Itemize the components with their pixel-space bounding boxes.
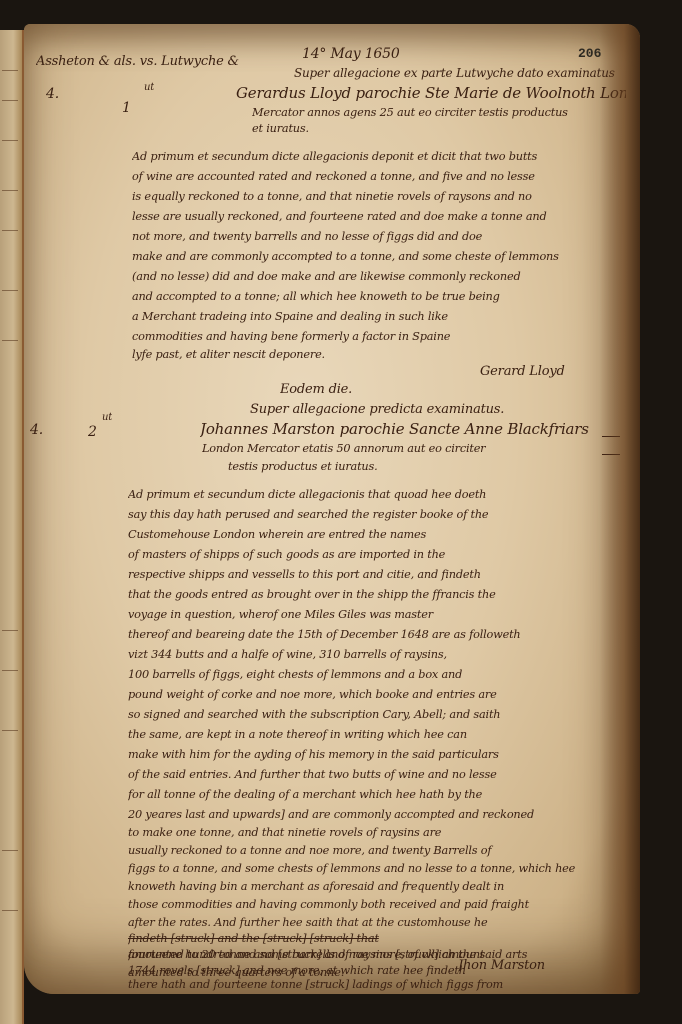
- witness-description-line: et iuratus.: [252, 118, 309, 140]
- witness-description-line: testis productus et iuratus.: [228, 456, 377, 478]
- deposition-line: for all tonne of the dealing of a mercha…: [128, 784, 622, 806]
- deposition-line: vizt 344 butts and a halfe of wine, 310 …: [128, 644, 622, 666]
- entry-heading: Super allegacione predicta examinatus.: [250, 402, 504, 417]
- deposition-line: not more, and twenty barrells and no les…: [132, 226, 622, 248]
- deposition-line: say this day hath perused and searched t…: [128, 504, 622, 526]
- margin-number: 4.: [30, 422, 43, 438]
- deposition-line: so signed and searched with the subscrip…: [128, 704, 622, 726]
- witness-name-line: Johannes Marston parochie Sancte Anne Bl…: [200, 420, 620, 438]
- deposition-line: 100 barrells of figgs, eight chests of l…: [128, 664, 622, 686]
- deposition-line: a Merchant tradeing into Spaine and deal…: [132, 306, 622, 328]
- entry-date: 14° May 1650: [302, 46, 400, 62]
- witness-mark: ut: [144, 82, 154, 93]
- witness-mark: ut: [102, 412, 112, 423]
- deposition-line: is equally reckoned to a tonne, and that…: [132, 186, 622, 208]
- page-number: 206: [578, 46, 601, 61]
- margin-number: 4.: [46, 86, 59, 102]
- witness-signature: Jhon Marston: [458, 958, 545, 973]
- deposition-line: of wine are accounted rated and reckoned…: [132, 166, 622, 188]
- deposition-line: lyfe past, et aliter nescit deponere.: [132, 344, 622, 366]
- manuscript-page: 206 Assheton & als. vs. Lutwyche & 14° M…: [24, 24, 640, 994]
- deposition-line: thereof and beareing date the 15th of De…: [128, 624, 622, 646]
- witness-signature: Gerard Lloyd: [480, 364, 565, 379]
- deposition-line: make with him for the ayding of his memo…: [128, 744, 622, 766]
- witness-number: 2: [88, 424, 97, 440]
- margin-header: Assheton & als. vs. Lutwyche &: [36, 54, 239, 69]
- deposition-line: amounted to three quarters of a tonne.: [128, 962, 448, 984]
- deposition-line: make and are commonly accompted to a ton…: [132, 246, 622, 268]
- deposition-line: pound weight of corke and noe more, whic…: [128, 684, 622, 706]
- deposition-line: (and no lesse) did and doe make and are …: [132, 266, 622, 288]
- entry-date-repeat: Eodem die.: [280, 382, 352, 397]
- facing-page-edge: [0, 30, 24, 1024]
- witness-number: 1: [122, 100, 131, 116]
- deposition-line: voyage in question, wherof one Miles Gil…: [128, 604, 622, 626]
- deposition-line: and accompted to a tonne; all which hee …: [132, 286, 622, 308]
- deposition-line: the same, are kept in a note thereof in …: [128, 724, 622, 746]
- deposition-line: lesse are usually reckoned, and fourteen…: [132, 206, 622, 228]
- deposition-line: of the said entries. And further that tw…: [128, 764, 622, 786]
- witness-name-line: Gerardus Lloyd parochie Ste Marie de Woo…: [236, 84, 626, 102]
- deposition-line: of masters of shipps of such goods as ar…: [128, 544, 622, 566]
- deposition-line: Ad primum et secundum dicte allegacionis…: [132, 146, 622, 168]
- deposition-line: respective shipps and vessells to this p…: [128, 564, 622, 586]
- deposition-line: Ad primum et secundum dicte allegacionis…: [128, 484, 622, 506]
- deposition-line: that the goods entred as brought over in…: [128, 584, 622, 606]
- deposition-line: Customehouse London wherein are entred t…: [128, 524, 622, 546]
- entry-heading: Super allegacione ex parte Lutwyche dato…: [294, 66, 624, 80]
